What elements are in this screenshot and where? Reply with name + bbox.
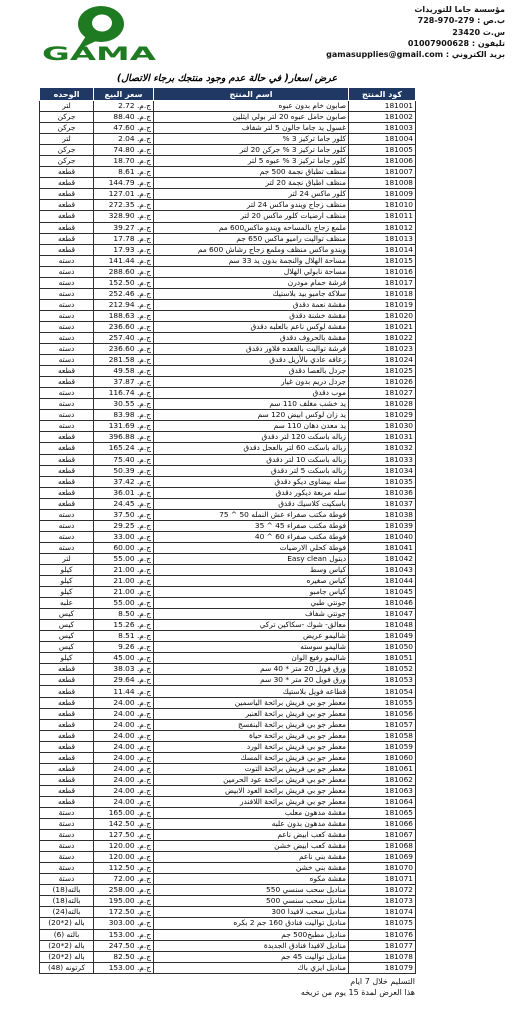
product-code-cell: 181078: [349, 951, 416, 962]
unit-cell: دسته: [40, 299, 94, 310]
unit-cell: جركن: [40, 123, 94, 134]
product-name-cell: مناديل سحب سنسي 550: [154, 885, 349, 896]
unit-cell: قطعه: [40, 233, 94, 244]
product-code-cell: 181054: [349, 686, 416, 697]
table-row: 181073مناديل سحب سنسي 500ج.م. 195.00بالت…: [40, 896, 416, 907]
table-row: 181017فرشة حمام مودرنج.م. 152.50دسته: [40, 277, 416, 288]
table-row: 181052ورق فويل 20 متر * 40 سمج.م. 38.03ق…: [40, 664, 416, 675]
table-row: 181061معطر جو بي فريش برائحة التوتج.م. 2…: [40, 763, 416, 774]
unit-cell: قطعه: [40, 664, 94, 675]
table-row: 181076مناديل مطبخ500 جمج.م. 153.00بالته …: [40, 929, 416, 940]
price-cell: ج.م. 116.74: [94, 388, 154, 399]
product-name-cell: مقشة بني خشن: [154, 863, 349, 874]
price-cell: ج.م. 88.40: [94, 112, 154, 123]
unit-cell: قطعه: [40, 454, 94, 465]
product-name-cell: يد خشب مغلف 110 سم: [154, 399, 349, 410]
product-code-cell: 181020: [349, 310, 416, 321]
table-row: 181045كياس جامبوج.م. 21.00كيلو: [40, 587, 416, 598]
unit-cell: علبه: [40, 598, 94, 609]
product-name-cell: زعافه عادي بالأريل دقدق: [154, 355, 349, 366]
product-code-cell: 181066: [349, 819, 416, 830]
product-code-cell: 181058: [349, 730, 416, 741]
price-cell: ج.م. 38.03: [94, 664, 154, 675]
product-name-cell: زباله باسكت 60 لتر بالعجل دقدق: [154, 443, 349, 454]
product-code-cell: 181008: [349, 178, 416, 189]
table-row: 181003غسول يد جاما جالون 5 لتر شفافج.م. …: [40, 123, 416, 134]
product-code-cell: 181035: [349, 476, 416, 487]
price-cell: ج.م. 281.58: [94, 355, 154, 366]
unit-cell: قطعه: [40, 498, 94, 509]
product-name-cell: مساحة نابولي الهلال: [154, 266, 349, 277]
product-name-cell: منظف زجاج ويندو ماكس 24 لتر: [154, 200, 349, 211]
price-cell: ج.م. 30.55: [94, 399, 154, 410]
product-code-cell: 181045: [349, 587, 416, 598]
table-row: 181048معالق- شوك -سكاكين تركيج.م. 15.26ك…: [40, 620, 416, 631]
unit-cell: كيس: [40, 620, 94, 631]
product-code-cell: 181017: [349, 277, 416, 288]
table-row: 181053ورق فويل 20 متر * 30 سمج.م. 29.64ق…: [40, 675, 416, 686]
price-cell: ج.م. 152.50: [94, 277, 154, 288]
unit-cell: قطعه: [40, 708, 94, 719]
product-code-cell: 181037: [349, 498, 416, 509]
table-row: 181038فوطة مكتب صفراء عش النمله 50 ^ 75ج…: [40, 509, 416, 520]
unit-cell: دسته: [40, 310, 94, 321]
table-row: 181033زباله باسكت 10 لتر دقدقج.م. 75.40ق…: [40, 454, 416, 465]
product-name-cell: فرشة تواليت بالقعده فلاور دقدق: [154, 344, 349, 355]
product-name-cell: معطر جو بي فريش برائحة عود الحرمين: [154, 774, 349, 785]
company-name: مؤسسة جاما للتوريدات: [326, 4, 505, 15]
unit-cell: قطعه: [40, 796, 94, 807]
product-code-cell: 181050: [349, 642, 416, 653]
product-code-cell: 181077: [349, 940, 416, 951]
unit-cell: كيس: [40, 642, 94, 653]
product-name-cell: مقشة كعب ابيض ناعم: [154, 830, 349, 841]
product-name-cell: منظف تطباق نجمة 500 جم: [154, 167, 349, 178]
price-cell: ج.م. 396.88: [94, 432, 154, 443]
table-row: 181043كياس وسطج.م. 21.00كيلو: [40, 564, 416, 575]
price-table: كود المنتج اسم المنتج سعر البيع الوحده 1…: [39, 87, 416, 974]
price-cell: ج.م. 142.50: [94, 819, 154, 830]
product-code-cell: 181018: [349, 288, 416, 299]
unit-cell: دسته: [40, 255, 94, 266]
table-row: 181069مقشة بني ناعمج.م. 120.00دستة: [40, 852, 416, 863]
product-code-cell: 181063: [349, 785, 416, 796]
unit-cell: كيلو: [40, 587, 94, 598]
product-name-cell: موب دقدق: [154, 388, 349, 399]
price-cell: ج.م. 165.24: [94, 443, 154, 454]
price-cell: ج.م. 72.00: [94, 874, 154, 885]
product-name-cell: كلور ماكس 24 لتر: [154, 189, 349, 200]
price-cell: ج.م. 328.90: [94, 211, 154, 222]
unit-cell: قطعه: [40, 178, 94, 189]
product-code-cell: 181029: [349, 410, 416, 421]
table-row: 181071مقشة مكوهج.م. 72.00دستة: [40, 874, 416, 885]
header-row: كود المنتج اسم المنتج سعر البيع الوحده: [40, 88, 416, 101]
footer-offer-validity: هذا العرض لمدة 15 يوم من تريخه: [39, 987, 415, 999]
price-cell: ج.م. 288.60: [94, 266, 154, 277]
product-name-cell: كلور جاما تركيز 3 % عبوه 5 لتر: [154, 156, 349, 167]
unit-cell: دسته: [40, 344, 94, 355]
product-code-cell: 181039: [349, 520, 416, 531]
price-cell: ج.م. 8.50: [94, 609, 154, 620]
price-cell: ج.م. 55.00: [94, 598, 154, 609]
product-code-cell: 181025: [349, 366, 416, 377]
product-name-cell: جردل بالعصا دقدق: [154, 366, 349, 377]
price-cell: ج.م. 24.00: [94, 774, 154, 785]
price-cell: ج.م. 24.45: [94, 498, 154, 509]
unit-cell: قطعه: [40, 366, 94, 377]
price-cell: ج.م. 37.87: [94, 377, 154, 388]
unit-cell: كيلو: [40, 564, 94, 575]
unit-cell: قطعه: [40, 675, 94, 686]
price-cell: ج.م. 29.64: [94, 675, 154, 686]
product-code-cell: 181033: [349, 454, 416, 465]
price-cell: ج.م. 15.26: [94, 620, 154, 631]
table-row: 181009كلور ماكس 24 لترج.م. 127.01قطعه: [40, 189, 416, 200]
product-code-cell: 181053: [349, 675, 416, 686]
unit-cell: جركن: [40, 145, 94, 156]
product-code-cell: 181068: [349, 841, 416, 852]
price-cell: ج.م. 141.44: [94, 255, 154, 266]
product-name-cell: معطر جو بي فريش برائحة العنبر: [154, 708, 349, 719]
price-cell: ج.م. 24.00: [94, 719, 154, 730]
table-row: 181036سله مربعة ديكور دقدقج.م. 36.01قطعه: [40, 487, 416, 498]
unit-cell: قطعه: [40, 763, 94, 774]
unit-cell: دستة: [40, 874, 94, 885]
unit-cell: جركن: [40, 112, 94, 123]
price-cell: ج.م. 165.00: [94, 808, 154, 819]
footer-delivery-note: التسليم خلال 7 ايام: [39, 976, 415, 988]
product-name-cell: كلور جاما تركيز 3 % جركن 20 لتر: [154, 145, 349, 156]
unit-cell: لتر: [40, 101, 94, 112]
table-row: 181035سله بيضاوى ديكو دقدقج.م. 37.42قطعه: [40, 476, 416, 487]
product-name-cell: جردل دريم بدون غيار: [154, 377, 349, 388]
price-table-body: 181001صابون خام بدون عبوهج.م. 2.72لتر181…: [40, 101, 416, 974]
unit-cell: قطعه: [40, 377, 94, 388]
gama-logo: GAMA: [38, 4, 160, 62]
product-code-cell: 181012: [349, 222, 416, 233]
table-row: 181010منظف زجاج ويندو ماكس 24 لترج.م. 27…: [40, 200, 416, 211]
price-cell: ج.م. 195.00: [94, 896, 154, 907]
unit-cell: دسته: [40, 520, 94, 531]
product-code-cell: 181014: [349, 244, 416, 255]
price-cell: ج.م. 112.50: [94, 863, 154, 874]
product-code-cell: 181048: [349, 620, 416, 631]
price-quotation-page: GAMA مؤسسة جاما للتوريدات ب.ص : 279-970-…: [0, 0, 512, 1024]
product-code-cell: 181022: [349, 332, 416, 343]
unit-cell: قطعه: [40, 719, 94, 730]
product-name-cell: مناديل تواليت 45 جم: [154, 951, 349, 962]
product-name-cell: مقشة مدهون معلب: [154, 808, 349, 819]
table-row: 181079مناديل ايزي باكج.م. 153.00كرتونه (…: [40, 962, 416, 973]
unit-cell: قطعه: [40, 741, 94, 752]
table-row: 181015مساحة الهلال والنجمة بدون يد 33 سم…: [40, 255, 416, 266]
unit-cell: بالته(18): [40, 896, 94, 907]
product-name-cell: ملمع زجاج بالمساحه ويندو ماكس600 مم: [154, 222, 349, 233]
product-code-cell: 181042: [349, 553, 416, 564]
product-name-cell: معطر جو بي فريش برائحة الورد: [154, 741, 349, 752]
product-name-cell: مساحة الهلال والنجمة بدون يد 33 سم: [154, 255, 349, 266]
company-commercial-reg: س.ت 23420: [326, 27, 505, 38]
price-cell: ج.م. 8.51: [94, 631, 154, 642]
col-header-product-code: كود المنتج: [349, 88, 416, 101]
product-name-cell: غسول يد جاما جالون 5 لتر شفاف: [154, 123, 349, 134]
unit-cell: قطعه: [40, 432, 94, 443]
product-code-cell: 181051: [349, 653, 416, 664]
product-code-cell: 181044: [349, 576, 416, 587]
col-header-price: سعر البيع: [94, 88, 154, 101]
table-row: 181039فوطة مكتب صفراء 45 ^ 35ج.م. 29.25د…: [40, 520, 416, 531]
product-code-cell: 181009: [349, 189, 416, 200]
product-code-cell: 181046: [349, 598, 416, 609]
product-name-cell: مناديل مطبخ500 جم: [154, 929, 349, 940]
price-cell: ج.م. 153.00: [94, 929, 154, 940]
table-row: 181049شاليمو عريضج.م. 8.51كيس: [40, 631, 416, 642]
price-cell: ج.م. 55.00: [94, 553, 154, 564]
product-name-cell: صابون خام بدون عبوه: [154, 101, 349, 112]
table-row: 181024زعافه عادي بالأريل دقدقج.م. 281.58…: [40, 355, 416, 366]
unit-cell: دستة: [40, 830, 94, 841]
unit-cell: دستة: [40, 808, 94, 819]
product-name-cell: مناديل سحب لافيدا 300: [154, 907, 349, 918]
unit-cell: دسته: [40, 321, 94, 332]
price-table-header: كود المنتج اسم المنتج سعر البيع الوحده: [40, 88, 416, 101]
page-title: عرض اسعار( في حالة عدم وجود منتجك برجاء …: [37, 73, 417, 84]
product-name-cell: مناديل لافيدا فنادق الجديدة: [154, 940, 349, 951]
product-name-cell: جونتي طبي: [154, 598, 349, 609]
product-code-cell: 181016: [349, 266, 416, 277]
price-cell: ج.م. 83.98: [94, 410, 154, 421]
price-cell: ج.م. 153.00: [94, 962, 154, 973]
product-code-cell: 181005: [349, 145, 416, 156]
table-row: 181028يد خشب مغلف 110 سمج.م. 30.55دسته: [40, 399, 416, 410]
product-code-cell: 181013: [349, 233, 416, 244]
product-code-cell: 181079: [349, 962, 416, 973]
logo-wordmark: GAMA: [42, 43, 157, 62]
product-name-cell: مقشة خشنة دقدق: [154, 310, 349, 321]
product-code-cell: 181052: [349, 664, 416, 675]
table-row: 181001صابون خام بدون عبوهج.م. 2.72لتر: [40, 101, 416, 112]
product-code-cell: 181057: [349, 719, 416, 730]
product-name-cell: شاليمو رفيع الوان: [154, 653, 349, 664]
product-code-cell: 181011: [349, 211, 416, 222]
price-cell: ج.م. 247.50: [94, 940, 154, 951]
unit-cell: دسته: [40, 399, 94, 410]
product-code-cell: 181060: [349, 752, 416, 763]
table-row: 181006كلور جاما تركيز 3 % عبوه 5 لترج.م.…: [40, 156, 416, 167]
table-row: 181016مساحة نابولي الهلالج.م. 288.60دسته: [40, 266, 416, 277]
product-code-cell: 181007: [349, 167, 416, 178]
table-row: 181019مقشة نعمة دقدقج.م. 212.94دسته: [40, 299, 416, 310]
unit-cell: دستة: [40, 863, 94, 874]
table-row: 181074مناديل سحب لافيدا 300ج.م. 172.50با…: [40, 907, 416, 918]
product-name-cell: مقشة مكوه: [154, 874, 349, 885]
product-name-cell: فوطة كحلي الارضيات: [154, 542, 349, 553]
product-name-cell: معطر جو بي فريش برائحة الياسمين: [154, 697, 349, 708]
product-code-cell: 181070: [349, 863, 416, 874]
price-cell: ج.م. 24.00: [94, 785, 154, 796]
product-code-cell: 181031: [349, 432, 416, 443]
price-cell: ج.م. 212.94: [94, 299, 154, 310]
product-code-cell: 181021: [349, 321, 416, 332]
unit-cell: دستة: [40, 852, 94, 863]
product-name-cell: زباله باسكت 120 لتر دقدق: [154, 432, 349, 443]
unit-cell: باله (2*20): [40, 951, 94, 962]
table-row: 181007منظف تطباق نجمة 500 جمج.م. 8.61قطع…: [40, 167, 416, 178]
product-code-cell: 181065: [349, 808, 416, 819]
product-code-cell: 181075: [349, 918, 416, 929]
unit-cell: قطعه: [40, 487, 94, 498]
table-row: 181034زباله باسكت 5 لتر دقدقج.م. 50.39قط…: [40, 465, 416, 476]
product-code-cell: 181062: [349, 774, 416, 785]
unit-cell: قطعه: [40, 244, 94, 255]
table-row: 181042ديتول Easy cleanج.م. 55.00لتر: [40, 553, 416, 564]
table-row: 181075مناديل تواليت فنادق 160 جم 2 بكرهج…: [40, 918, 416, 929]
unit-cell: دستة: [40, 841, 94, 852]
table-row: 181054قطاعه فويل بلاستيكج.م. 11.44قطعه: [40, 686, 416, 697]
product-code-cell: 181059: [349, 741, 416, 752]
price-cell: ج.م. 17.78: [94, 233, 154, 244]
unit-cell: قطعه: [40, 167, 94, 178]
product-code-cell: 181069: [349, 852, 416, 863]
price-cell: ج.م. 24.00: [94, 730, 154, 741]
price-cell: ج.م. 50.39: [94, 465, 154, 476]
table-row: 181030يد معدن دهان 110 سمج.م. 131.69دسته: [40, 421, 416, 432]
table-row: 181027موب دقدقج.م. 116.74دسته: [40, 388, 416, 399]
product-code-cell: 181024: [349, 355, 416, 366]
unit-cell: قطعه: [40, 189, 94, 200]
product-code-cell: 181023: [349, 344, 416, 355]
product-name-cell: سله بيضاوى ديكو دقدق: [154, 476, 349, 487]
product-code-cell: 181002: [349, 112, 416, 123]
unit-cell: جركن: [40, 156, 94, 167]
unit-cell: قطعه: [40, 443, 94, 454]
price-cell: ج.م. 120.00: [94, 841, 154, 852]
table-row: 181051شاليمو رفيع الوانج.م. 45.00كيلو: [40, 653, 416, 664]
product-code-cell: 181032: [349, 443, 416, 454]
product-code-cell: 181026: [349, 377, 416, 388]
price-cell: ج.م. 21.00: [94, 564, 154, 575]
unit-cell: دسته: [40, 531, 94, 542]
product-code-cell: 181001: [349, 101, 416, 112]
unit-cell: كرتونه (48): [40, 962, 94, 973]
price-cell: ج.م. 74.80: [94, 145, 154, 156]
table-row: 181002صابون حامل عبوه 20 لتر بولي ايثلين…: [40, 112, 416, 123]
product-code-cell: 181006: [349, 156, 416, 167]
product-name-cell: سلاكة جامبو بيد بلاستيك: [154, 288, 349, 299]
table-row: 181055معطر جو بي فريش برائحة الياسمينج.م…: [40, 697, 416, 708]
unit-cell: قطعه: [40, 476, 94, 487]
product-code-cell: 181043: [349, 564, 416, 575]
table-row: 181022مقشة بالحروف دقدقج.م. 257.40دسته: [40, 332, 416, 343]
product-name-cell: معطر جو بي فريش برائحة العود الابيض: [154, 785, 349, 796]
product-name-cell: ورق فويل 20 متر * 30 سم: [154, 675, 349, 686]
table-row: 181018سلاكة جامبو بيد بلاستيكج.م. 252.46…: [40, 288, 416, 299]
product-name-cell: معطر جو بي فريش برائحة التوت: [154, 763, 349, 774]
price-cell: ج.م. 24.00: [94, 708, 154, 719]
price-cell: ج.م. 60.00: [94, 542, 154, 553]
table-row: 181012ملمع زجاج بالمساحه ويندو ماكس600 م…: [40, 222, 416, 233]
unit-cell: قطعه: [40, 785, 94, 796]
product-name-cell: معالق- شوك -سكاكين تركي: [154, 620, 349, 631]
table-row: 181029يد زان لوكس ابيض 120 سمج.م. 83.98د…: [40, 410, 416, 421]
product-name-cell: منظف تواليت راميو ماكس 650 جم: [154, 233, 349, 244]
product-name-cell: شاليمو عريض: [154, 631, 349, 642]
unit-cell: قطعه: [40, 752, 94, 763]
table-row: 181060معطر جو بي فريش برائحة المسكج.م. 2…: [40, 752, 416, 763]
table-row: 181059معطر جو بي فريش برائحة الوردج.م. 2…: [40, 741, 416, 752]
price-cell: ج.م. 127.01: [94, 189, 154, 200]
unit-cell: قطعه: [40, 730, 94, 741]
product-code-cell: 181061: [349, 763, 416, 774]
unit-cell: بالته(18): [40, 885, 94, 896]
price-cell: ج.م. 24.00: [94, 752, 154, 763]
company-phone: تليفون : 01007900628: [326, 38, 505, 49]
unit-cell: دستة: [40, 819, 94, 830]
unit-cell: كيلو: [40, 576, 94, 587]
table-row: 181023فرشة تواليت بالقعده فلاور دقدقج.م.…: [40, 344, 416, 355]
product-name-cell: معطر جو بي فريش برائحة حياة: [154, 730, 349, 741]
unit-cell: لتر: [40, 553, 94, 564]
unit-cell: دسته: [40, 542, 94, 553]
table-row: 181020مقشة خشنة دقدقج.م. 188.63دسته: [40, 310, 416, 321]
table-row: 181004كلور جاما تركيز 3 %ج.م. 2.04لتر: [40, 134, 416, 145]
table-row: 181064معطر جو بي فريش برائحة اللافندرج.م…: [40, 796, 416, 807]
product-name-cell: فوطة مكتب صفراء 60 ^ 40: [154, 531, 349, 542]
price-cell: ج.م. 21.00: [94, 576, 154, 587]
product-name-cell: كياس جامبو: [154, 587, 349, 598]
price-cell: ج.م. 75.40: [94, 454, 154, 465]
product-code-cell: 181056: [349, 708, 416, 719]
unit-cell: دسته: [40, 509, 94, 520]
table-row: 181078مناديل تواليت 45 جمج.م. 82.50باله …: [40, 951, 416, 962]
product-code-cell: 181041: [349, 542, 416, 553]
product-code-cell: 181067: [349, 830, 416, 841]
table-row: 181063معطر جو بي فريش برائحة العود الابي…: [40, 785, 416, 796]
product-code-cell: 181071: [349, 874, 416, 885]
table-row: 181047جونتي شفافج.م. 8.50كيس: [40, 609, 416, 620]
document-footer: التسليم خلال 7 ايام هذا العرض لمدة 15 يو…: [39, 976, 415, 999]
unit-cell: دسته: [40, 355, 94, 366]
product-name-cell: معطر جو بي فريش برائحة اللافندر: [154, 796, 349, 807]
price-cell: ج.م. 24.00: [94, 741, 154, 752]
product-name-cell: فوطة مكتب صفراء عش النمله 50 ^ 75: [154, 509, 349, 520]
product-name-cell: معطر جو بي فريش برائحة المسك: [154, 752, 349, 763]
table-row: 181005كلور جاما تركيز 3 % جركن 20 لترج.م…: [40, 145, 416, 156]
price-cell: ج.م. 24.00: [94, 796, 154, 807]
unit-cell: دسته: [40, 332, 94, 343]
table-row: 181025جردل بالعصا دقدقج.م. 49.58قطعه: [40, 366, 416, 377]
unit-cell: لتر: [40, 134, 94, 145]
price-cell: ج.م. 252.46: [94, 288, 154, 299]
price-cell: ج.م. 21.00: [94, 587, 154, 598]
table-row: 181067مقشة كعب ابيض ناعمج.م. 127.50دستة: [40, 830, 416, 841]
product-name-cell: كلور جاما تركيز 3 %: [154, 134, 349, 145]
unit-cell: باله (2*20): [40, 918, 94, 929]
product-name-cell: زباله باسكت 10 لتر دقدق: [154, 454, 349, 465]
unit-cell: دسته: [40, 266, 94, 277]
price-cell: ج.م. 36.01: [94, 487, 154, 498]
product-name-cell: شاليمو سوسته: [154, 642, 349, 653]
price-cell: ج.م. 257.40: [94, 332, 154, 343]
table-row: 181040فوطة مكتب صفراء 60 ^ 40ج.م. 33.00د…: [40, 531, 416, 542]
price-cell: ج.م. 33.00: [94, 531, 154, 542]
product-name-cell: مناديل سحب سنسي 500: [154, 896, 349, 907]
product-name-cell: زباله باسكت 5 لتر دقدق: [154, 465, 349, 476]
price-cell: ج.م. 47.60: [94, 123, 154, 134]
product-name-cell: مقشة بالحروف دقدق: [154, 332, 349, 343]
price-cell: ج.م. 303.00: [94, 918, 154, 929]
